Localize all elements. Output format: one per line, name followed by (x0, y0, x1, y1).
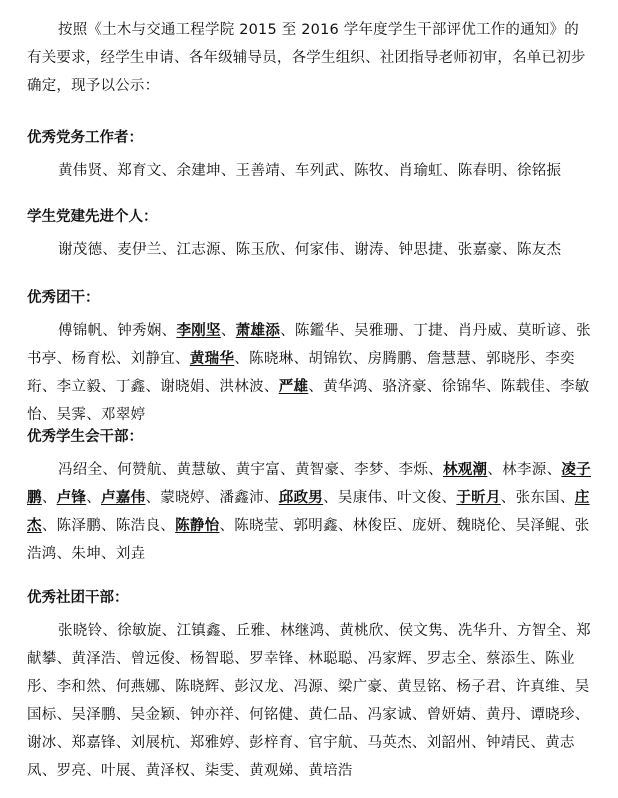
name-entry: 胡锦钦 (308, 351, 352, 367)
name-entry: 陈晓辉 (175, 679, 219, 695)
name-entry: 曾妍婧 (427, 707, 471, 723)
name-entry: 肖丹威 (458, 323, 502, 339)
separator: 、 (516, 707, 531, 723)
separator: 、 (502, 242, 517, 258)
separator: 、 (502, 623, 517, 639)
separator: 、 (560, 518, 575, 534)
separator: 、 (293, 735, 308, 751)
name-entry: 吴泽鲲 (516, 518, 560, 534)
separator: 、 (57, 351, 72, 367)
name-entry: 何铭健 (249, 707, 293, 723)
separator: 、 (545, 379, 560, 395)
separator: 、 (42, 518, 57, 534)
section-title: 学生党建先进个人： (27, 203, 593, 231)
highlighted-name: 卢锋 (57, 490, 87, 506)
separator: 、 (234, 735, 249, 751)
name-entry: 谭晓珍 (530, 707, 574, 723)
name-entry: 黄丹 (486, 707, 516, 723)
name-entry: 何燕娜 (116, 679, 160, 695)
separator: 、 (116, 651, 131, 667)
name-entry: 郑嘉锋 (71, 735, 115, 751)
name-entry: 陈浩良 (116, 518, 160, 534)
section-title: 优秀党务工作者： (27, 124, 593, 152)
name-list: 谢茂德、麦伊兰、江志源、陈玉欣、何家伟、谢涛、钟思捷、张嘉豪、陈友杰 (27, 236, 593, 264)
document-body: 按照《土木与交通工程学院 2015 至 2016 学年度学生干部评优工作的通知》… (27, 16, 593, 100)
name-entry: 钟亦祥 (190, 707, 234, 723)
name-entry: 王善靖 (236, 163, 280, 179)
name-entry: 徐锦华 (442, 379, 486, 395)
name-entry: 李和然 (57, 679, 101, 695)
separator: 、 (205, 490, 220, 506)
separator: 、 (353, 651, 368, 667)
separator: 、 (338, 518, 353, 534)
name-entry: 邓翠婷 (101, 407, 145, 423)
name-entry: 黄仁品 (308, 707, 352, 723)
name-entry: 蔡添生 (486, 651, 530, 667)
name-entry: 谢冰 (27, 735, 57, 751)
separator: 、 (42, 490, 57, 506)
name-entry: 陈载佳 (501, 379, 545, 395)
separator: 、 (160, 679, 175, 695)
name-entry: 杨育松 (71, 351, 115, 367)
separator: 、 (368, 379, 383, 395)
name-list: 傅锦帆、钟秀娴、李刚坚、萧雄添、陈鑑华、吴雅珊、丁捷、肖丹威、莫昕谚、张书亭、杨… (27, 317, 593, 429)
separator: 、 (384, 242, 399, 258)
separator: 、 (442, 490, 457, 506)
name-entry: 谢涛 (354, 242, 384, 258)
name-entry: 黄伟贤 (58, 163, 102, 179)
separator: 、 (221, 323, 236, 339)
separator: 、 (175, 351, 190, 367)
name-entry: 许真维 (516, 679, 560, 695)
name-entry: 詹慧慧 (427, 351, 471, 367)
name-entry: 马英杰 (368, 735, 412, 751)
name-entry: 洪林波 (219, 379, 263, 395)
name-entry: 潘鑫沛 (219, 490, 263, 506)
separator: 、 (102, 163, 117, 179)
name-entry: 江志源 (176, 242, 220, 258)
separator: 、 (101, 518, 116, 534)
separator: 、 (131, 763, 146, 779)
name-entry: 丘雅 (236, 623, 266, 639)
name-entry: 吴泽鹏 (71, 707, 115, 723)
name-entry: 张东国 (516, 490, 560, 506)
separator: 、 (561, 323, 576, 339)
name-entry: 黄昱铭 (397, 679, 441, 695)
highlighted-name: 林观潮 (443, 462, 487, 478)
separator: 、 (190, 763, 205, 779)
name-entry: 郭明鑫 (294, 518, 338, 534)
name-entry: 庞妍 (412, 518, 442, 534)
separator: 、 (294, 763, 309, 779)
separator: 、 (279, 518, 294, 534)
name-entry: 刘垚 (116, 546, 146, 562)
highlighted-name: 邱政男 (279, 490, 323, 506)
name-entry: 陈春明 (458, 163, 502, 179)
name-entry: 方智全 (517, 623, 561, 639)
separator: 、 (221, 462, 236, 478)
separator: 、 (502, 323, 517, 339)
separator: 、 (339, 323, 354, 339)
separator: 、 (57, 735, 72, 751)
name-entry: 彭梓育 (249, 735, 293, 751)
name-entry: 黄泽权 (145, 763, 189, 779)
name-entry: 冯家诚 (368, 707, 412, 723)
separator: 、 (412, 351, 427, 367)
name-entry: 肖瑜虹 (399, 163, 443, 179)
separator: 、 (339, 163, 354, 179)
section-student-union: 优秀学生会干部： 冯绍全、何赞航、黄慧敏、黄宇富、黄智豪、李梦、李烁、林观潮、林… (27, 423, 593, 568)
separator: 、 (427, 379, 442, 395)
name-entry: 刘静宜 (131, 351, 175, 367)
separator: 、 (145, 490, 160, 506)
name-entry: 黄宇富 (236, 462, 280, 478)
separator: 、 (280, 462, 295, 478)
section-title: 优秀学生会干部： (27, 423, 593, 451)
separator: 、 (412, 735, 427, 751)
name-entry: 郑育文 (117, 163, 161, 179)
separator: 、 (264, 379, 279, 395)
name-entry: 江镇鑫 (176, 623, 220, 639)
name-entry: 陈晓莹 (234, 518, 278, 534)
separator: 、 (412, 651, 427, 667)
separator: 、 (162, 163, 177, 179)
name-entry: 蒙晓婷 (160, 490, 204, 506)
highlighted-name: 李刚坚 (176, 323, 220, 339)
separator: 、 (443, 323, 458, 339)
separator: 、 (428, 462, 443, 478)
separator: 、 (442, 679, 457, 695)
name-entry: 郑雅婷 (190, 735, 234, 751)
separator: 、 (86, 763, 101, 779)
separator: 、 (234, 351, 249, 367)
separator: 、 (412, 707, 427, 723)
separator: 、 (42, 679, 57, 695)
separator: 、 (42, 763, 57, 779)
separator: 、 (353, 351, 368, 367)
name-entry: 林李源 (502, 462, 546, 478)
separator: 、 (339, 242, 354, 258)
separator: 、 (116, 735, 131, 751)
separator: 、 (57, 707, 72, 723)
separator: 、 (57, 546, 72, 562)
name-entry: 丁捷 (413, 323, 443, 339)
separator: 、 (279, 679, 294, 695)
separator: 、 (397, 518, 412, 534)
separator: 、 (264, 490, 279, 506)
separator: 、 (324, 623, 339, 639)
separator: 、 (353, 735, 368, 751)
name-entry: 吴雅珊 (354, 323, 398, 339)
separator: 、 (116, 707, 131, 723)
name-entry: 罗志全 (427, 651, 471, 667)
name-entry: 麦伊兰 (117, 242, 161, 258)
name-list: 张晓铃、徐敏旋、江镇鑫、丘雅、林继鸿、黄桃欣、侯文隽、冼华升、方智全、郑献攀、黄… (27, 617, 593, 785)
name-entry: 柒雯 (205, 763, 235, 779)
separator: 、 (101, 546, 116, 562)
name-entry: 傅锦帆 (58, 323, 102, 339)
name-entry: 叶展 (101, 763, 131, 779)
name-entry: 钟秀娴 (117, 323, 161, 339)
separator: 、 (399, 323, 414, 339)
name-entry: 黄培浩 (308, 763, 352, 779)
separator: 、 (221, 623, 236, 639)
highlighted-name: 陈静怡 (175, 518, 219, 534)
name-entry: 黄观娣 (249, 763, 293, 779)
name-entry: 钟靖民 (486, 735, 530, 751)
name-entry: 徐铭振 (517, 163, 561, 179)
section-club-cadres: 优秀社团干部： 张晓铃、徐敏旋、江镇鑫、丘雅、林继鸿、黄桃欣、侯文隽、冼华升、方… (27, 584, 593, 785)
name-entry: 冯绍全 (58, 462, 102, 478)
separator: 、 (162, 242, 177, 258)
separator: 、 (293, 351, 308, 367)
separator: 、 (162, 623, 177, 639)
name-entry: 丁鑫 (116, 379, 146, 395)
separator: 、 (219, 518, 234, 534)
separator: 、 (293, 651, 308, 667)
section-party-building: 学生党建先进个人： 谢茂德、麦伊兰、江志源、陈玉欣、何家伟、谢涛、钟思捷、张嘉豪… (27, 203, 593, 264)
name-entry: 彭汉龙 (234, 679, 278, 695)
name-entry: 曾远俊 (131, 651, 175, 667)
separator: 、 (160, 518, 175, 534)
separator: 、 (471, 651, 486, 667)
name-entry: 余建坤 (176, 163, 220, 179)
separator: 、 (502, 163, 517, 179)
section-party-workers: 优秀党务工作者： 黄伟贤、郑育文、余建坤、王善靖、车列武、陈牧、肖瑜虹、陈春明、… (27, 124, 593, 185)
name-entry: 徐敏旋 (117, 623, 161, 639)
separator: 、 (501, 490, 516, 506)
separator: 、 (280, 163, 295, 179)
name-entry: 张嘉豪 (458, 242, 502, 258)
name-entry: 杨智聪 (190, 651, 234, 667)
name-entry: 陈玉欣 (236, 242, 280, 258)
section-title: 优秀社团干部： (27, 584, 593, 612)
name-entry: 官宇航 (308, 735, 352, 751)
section-league-cadres: 优秀团干： 傅锦帆、钟秀娴、李刚坚、萧雄添、陈鑑华、吴雅珊、丁捷、肖丹威、莫昕谚… (27, 284, 593, 429)
separator: 、 (323, 679, 338, 695)
name-entry: 张晓铃 (58, 623, 102, 639)
separator: 、 (547, 462, 562, 478)
separator: 、 (234, 763, 249, 779)
name-entry: 黄慧敏 (176, 462, 220, 478)
separator: 、 (443, 242, 458, 258)
separator: 、 (221, 242, 236, 258)
separator: 、 (101, 679, 116, 695)
name-entry: 林继鸿 (280, 623, 324, 639)
name-entry: 黄泽浩 (71, 651, 115, 667)
separator: 、 (234, 651, 249, 667)
separator: 、 (102, 242, 117, 258)
name-entry: 罗亮 (57, 763, 87, 779)
name-entry: 李烁 (399, 462, 429, 478)
separator: 、 (280, 323, 295, 339)
separator: 、 (443, 623, 458, 639)
name-entry: 刘韶州 (427, 735, 471, 751)
separator: 、 (265, 623, 280, 639)
separator: 、 (86, 490, 101, 506)
name-list: 冯绍全、何赞航、黄慧敏、黄宇富、黄智豪、李梦、李烁、林观潮、林李源、凌子鹏、卢锋… (27, 456, 593, 568)
name-entry: 吴金颖 (131, 707, 175, 723)
separator: 、 (501, 679, 516, 695)
separator: 、 (145, 379, 160, 395)
name-entry: 陈泽鹏 (57, 518, 101, 534)
separator: 、 (205, 379, 220, 395)
separator: 、 (175, 707, 190, 723)
name-entry: 李立毅 (57, 379, 101, 395)
separator: 、 (530, 651, 545, 667)
separator: 、 (221, 163, 236, 179)
highlighted-name: 黄瑞华 (190, 351, 234, 367)
name-entry: 房腾鹏 (368, 351, 412, 367)
name-entry: 吴霁 (57, 407, 87, 423)
name-entry: 郭晓彤 (486, 351, 530, 367)
highlighted-name: 卢嘉伟 (101, 490, 145, 506)
separator: 、 (42, 407, 57, 423)
name-entry: 谢茂德 (58, 242, 102, 258)
separator: 、 (384, 623, 399, 639)
name-entry: 梁广豪 (338, 679, 382, 695)
separator: 、 (560, 490, 575, 506)
separator: 、 (293, 707, 308, 723)
name-entry: 罗幸锋 (249, 651, 293, 667)
name-entry: 陈友杰 (517, 242, 561, 258)
separator: 、 (471, 351, 486, 367)
name-entry: 车列武 (295, 163, 339, 179)
name-entry: 李梦 (354, 462, 384, 478)
name-entry: 林俊臣 (353, 518, 397, 534)
name-entry: 陈牧 (354, 163, 384, 179)
separator: 、 (234, 707, 249, 723)
separator: 、 (560, 679, 575, 695)
separator: 、 (42, 379, 57, 395)
separator: 、 (339, 462, 354, 478)
separator: 、 (102, 462, 117, 478)
highlighted-name: 萧雄添 (236, 323, 280, 339)
name-entry: 何家伟 (295, 242, 339, 258)
separator: 、 (384, 163, 399, 179)
name-entry: 钟思捷 (399, 242, 443, 258)
separator: 、 (442, 518, 457, 534)
separator: 、 (471, 735, 486, 751)
separator: 、 (530, 351, 545, 367)
name-entry: 林聪聪 (308, 651, 352, 667)
name-entry: 侯文隽 (399, 623, 443, 639)
separator: 、 (382, 490, 397, 506)
separator: 、 (308, 379, 323, 395)
separator: 、 (382, 679, 397, 695)
separator: 、 (116, 351, 131, 367)
name-entry: 朱坤 (71, 546, 101, 562)
name-entry: 冼华升 (458, 623, 502, 639)
separator: 、 (501, 518, 516, 534)
name-entry: 魏晓伦 (456, 518, 500, 534)
separator: 、 (486, 379, 501, 395)
separator: 、 (353, 707, 368, 723)
separator: 、 (487, 462, 502, 478)
separator: 、 (175, 651, 190, 667)
separator: 、 (530, 735, 545, 751)
name-entry: 陈晓琳 (249, 351, 293, 367)
name-entry: 黄桃欣 (339, 623, 383, 639)
separator: 、 (57, 651, 72, 667)
separator: 、 (280, 242, 295, 258)
name-list: 黄伟贤、郑育文、余建坤、王善靖、车列武、陈牧、肖瑜虹、陈春明、徐铭振 (27, 157, 593, 185)
separator: 、 (575, 707, 590, 723)
separator: 、 (162, 323, 177, 339)
separator: 、 (102, 323, 117, 339)
name-entry: 吴康伟 (338, 490, 382, 506)
separator: 、 (384, 462, 399, 478)
name-entry: 刘展杭 (131, 735, 175, 751)
separator: 、 (443, 163, 458, 179)
name-entry: 谢晓娟 (160, 379, 204, 395)
name-entry: 黄智豪 (295, 462, 339, 478)
name-entry: 冯源 (294, 679, 324, 695)
section-title: 优秀团干： (27, 284, 593, 312)
name-entry: 莫昕谚 (517, 323, 561, 339)
name-entry: 黄华鸿 (323, 379, 367, 395)
name-entry: 叶文俊 (397, 490, 441, 506)
separator: 、 (471, 707, 486, 723)
name-entry: 陈鑑华 (295, 323, 339, 339)
separator: 、 (102, 623, 117, 639)
separator: 、 (323, 490, 338, 506)
separator: 、 (162, 462, 177, 478)
intro-paragraph: 按照《土木与交通工程学院 2015 至 2016 学年度学生干部评优工作的通知》… (27, 16, 593, 100)
name-entry: 冯家辉 (368, 651, 412, 667)
separator: 、 (219, 679, 234, 695)
name-entry: 何赞航 (117, 462, 161, 478)
separator: 、 (101, 379, 116, 395)
separator: 、 (561, 623, 576, 639)
name-entry: 杨子君 (456, 679, 500, 695)
separator: 、 (175, 735, 190, 751)
highlighted-name: 于昕月 (456, 490, 500, 506)
separator: 、 (86, 407, 101, 423)
highlighted-name: 严雄 (279, 379, 309, 395)
name-entry: 骆济豪 (382, 379, 426, 395)
